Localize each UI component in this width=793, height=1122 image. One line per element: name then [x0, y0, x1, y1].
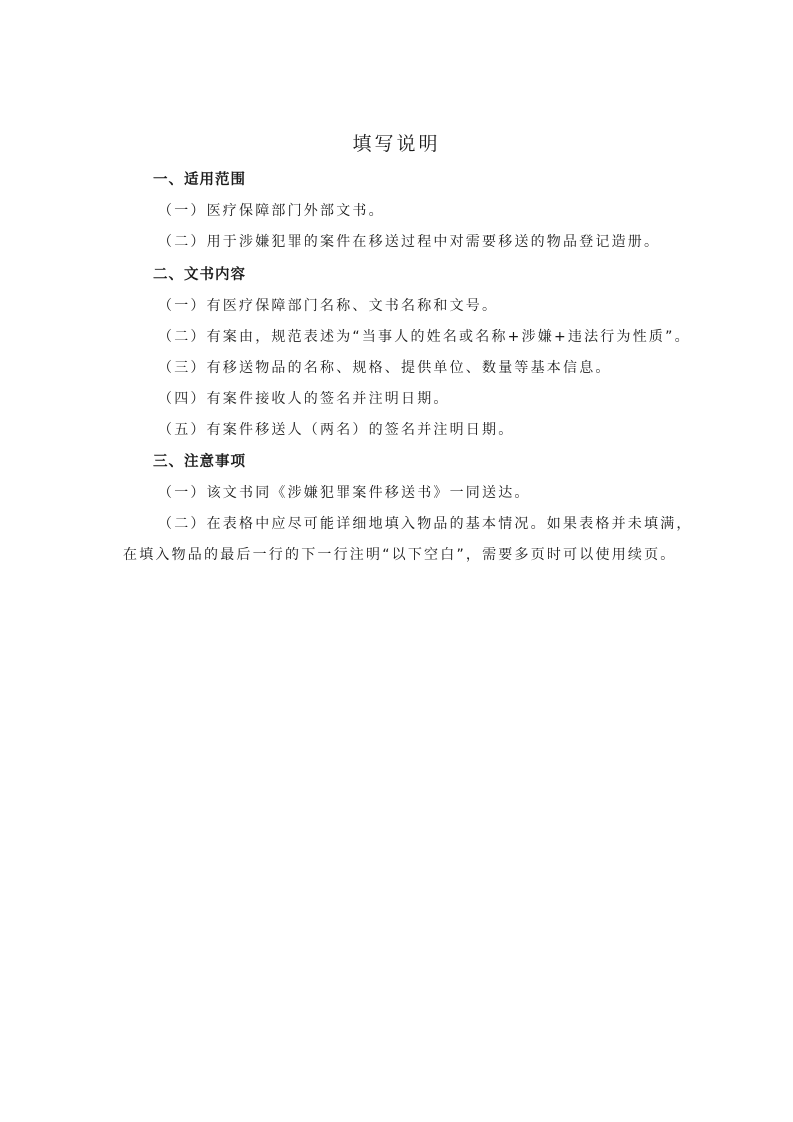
- list-item: （三）有移送物品的名称、规格、提供单位、数量等基本信息。: [158, 357, 612, 377]
- document-page: 填写说明 一、适用范围 （一）医疗保障部门外部文书。 （二）用于涉嫌犯罪的案件在…: [0, 0, 793, 1122]
- section-heading-content: 二、文书内容: [153, 263, 246, 284]
- list-item: （一）医疗保障部门外部文书。: [158, 200, 385, 220]
- list-item-continuation: 在填入物品的最后一行的下一行注明“以下空白”，需要多页时可以使用续页。: [123, 544, 677, 564]
- list-item: （一）有医疗保障部门名称、文书名称和文号。: [158, 295, 498, 315]
- list-item: （一）该文书同《涉嫌犯罪案件移送书》一同送达。: [158, 482, 531, 502]
- list-item: （二）在表格中应尽可能详细地填入物品的基本情况。如果表格并未填满，: [158, 513, 693, 533]
- list-item: （二）用于涉嫌犯罪的案件在移送过程中对需要移送的物品登记造册。: [158, 231, 660, 251]
- section-heading-scope: 一、适用范围: [153, 168, 246, 189]
- list-item: （五）有案件移送人（两名）的签名并注明日期。: [158, 419, 514, 439]
- list-item: （四）有案件接收人的签名并注明日期。: [158, 388, 450, 408]
- list-item: （二）有案由，规范表述为“当事人的姓名或名称+涉嫌+违法行为性质”。: [158, 326, 691, 346]
- section-heading-notes: 三、注意事项: [153, 450, 246, 471]
- page-title: 填写说明: [0, 129, 793, 156]
